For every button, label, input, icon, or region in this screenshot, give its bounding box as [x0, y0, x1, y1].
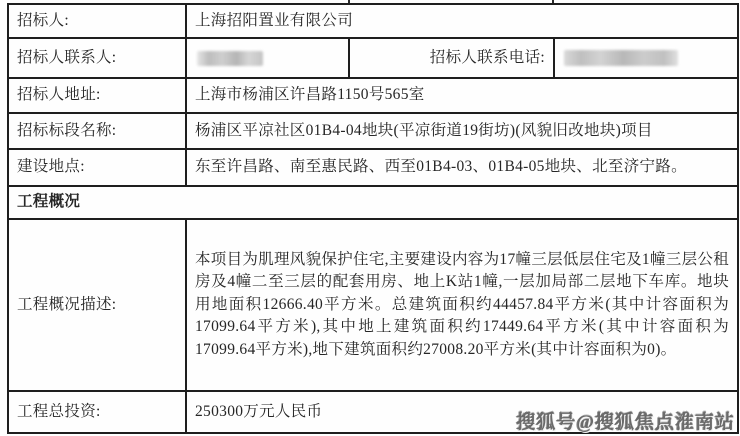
contact-person-label: 招标人联系人: — [8, 38, 186, 78]
location-label: 建设地点: — [8, 149, 186, 186]
document-page: 招标人: 上海招阳置业有限公司 招标人联系人: 招标人联系电话: 招标人地址: … — [0, 0, 740, 436]
tender-section-value: 杨浦区平凉社区01B4-04地块(平凉街道19街坊)(风貌旧改地块)项目 — [186, 113, 738, 149]
table-row: 建设地点: 东至许昌路、南至惠民路、西至01B4-03、01B4-05地块、北至… — [8, 149, 738, 186]
overview-desc-label: 工程概况描述: — [8, 219, 186, 391]
contact-phone-label: 招标人联系电话: — [349, 38, 554, 78]
bid-info-table: 招标人: 上海招阳置业有限公司 招标人联系人: 招标人联系电话: 招标人地址: … — [7, 3, 739, 434]
bidder-label: 招标人: — [8, 4, 186, 38]
table-row: 招标标段名称: 杨浦区平凉社区01B4-04地块(平凉街道19街坊)(风貌旧改地… — [8, 113, 738, 149]
table-row: 招标人: 上海招阳置业有限公司 — [8, 4, 738, 38]
contact-phone-value — [554, 38, 738, 78]
location-value: 东至许昌路、南至惠民路、西至01B4-03、01B4-05地块、北至济宁路。 — [186, 149, 738, 186]
address-value: 上海市杨浦区许昌路1150号565室 — [186, 78, 738, 113]
table-row: 招标人地址: 上海市杨浦区许昌路1150号565室 — [8, 78, 738, 113]
redacted-contact-phone — [564, 50, 678, 66]
overview-desc-value: 本项目为肌理风貌保护住宅,主要建设内容为17幢三层低层住宅及1幢三层公租房及4幢… — [186, 219, 738, 391]
address-label: 招标人地址: — [8, 78, 186, 113]
table-row: 招标人联系人: 招标人联系电话: — [8, 38, 738, 78]
tender-section-label: 招标标段名称: — [8, 113, 186, 149]
sohu-watermark: 搜狐号@搜狐焦点淮南站 — [516, 407, 735, 434]
redacted-contact-name — [197, 51, 263, 66]
table-row: 工程概况 — [8, 186, 738, 219]
project-overview-header: 工程概况 — [8, 186, 738, 219]
contact-person-value — [186, 38, 349, 78]
bidder-value: 上海招阳置业有限公司 — [186, 4, 738, 38]
table-row: 工程概况描述: 本项目为肌理风貌保护住宅,主要建设内容为17幢三层低层住宅及1幢… — [8, 219, 738, 391]
total-investment-label: 工程总投资: — [8, 391, 186, 433]
